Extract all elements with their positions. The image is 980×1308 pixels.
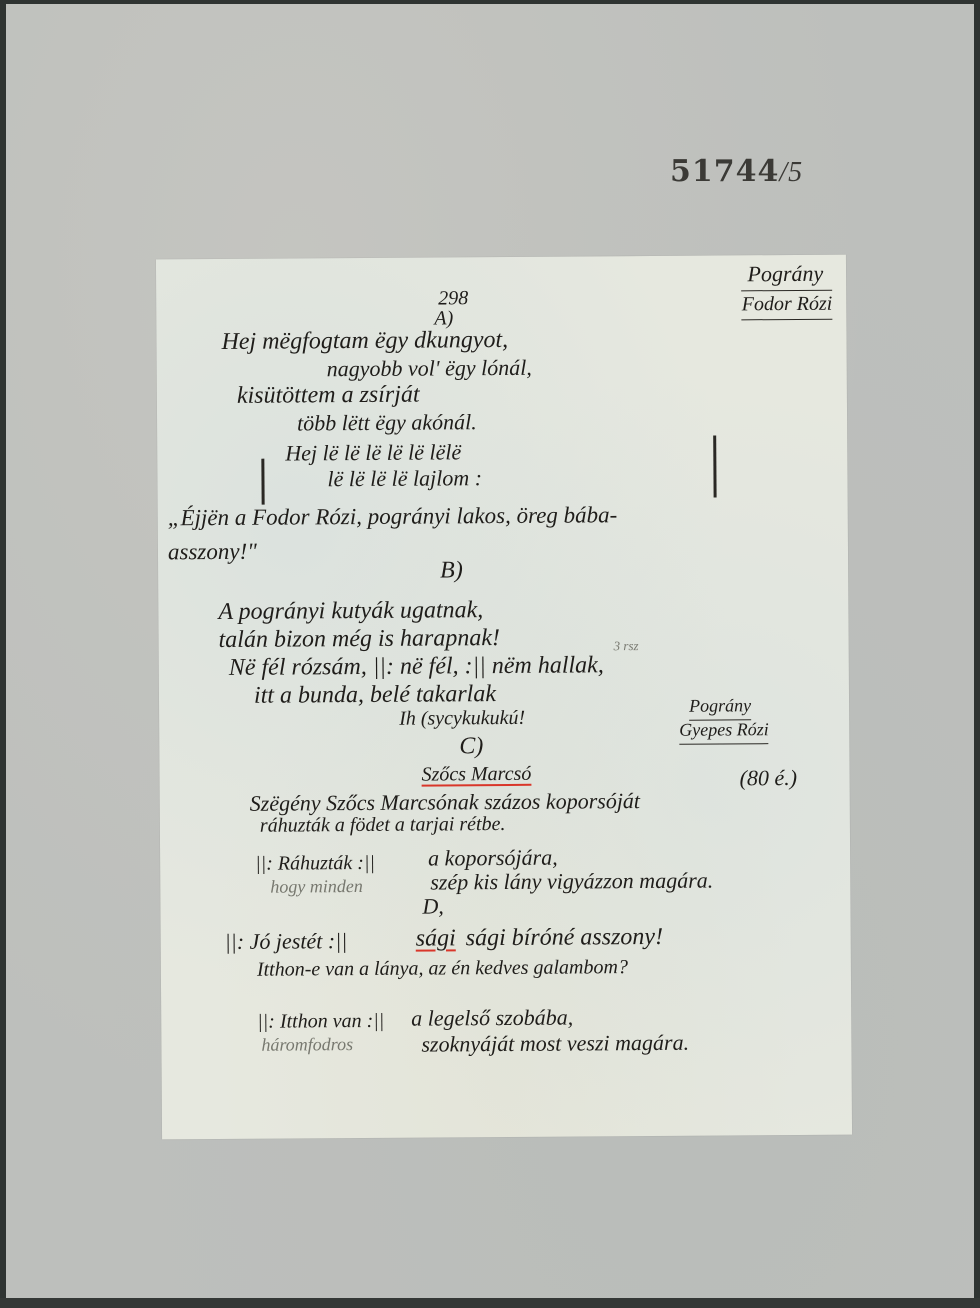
section-b-tag-place: Pográny — [689, 695, 751, 720]
frame-bottom-edge — [0, 1298, 980, 1308]
section-b-label: B) — [440, 557, 463, 584]
singer-note-line-1: „Éjjën a Fodor Rózi, pogrányi lakos, öre… — [168, 502, 618, 531]
manuscript-sheet: Pográny Fodor Rózi 298 A) Hej mëgfogtam … — [156, 255, 852, 1140]
section-d-line-3: a legelső szobába, — [411, 1005, 573, 1032]
section-d-label: D, — [422, 893, 444, 919]
underlined-sagi: sági — [416, 925, 456, 951]
section-c-label: C) — [459, 733, 483, 760]
section-d-line-4: szoknyáját most veszi magára. — [421, 1030, 689, 1058]
section-b-line-5: Ih (sycykukukú! — [399, 707, 525, 731]
repeat-bar-end — [713, 436, 716, 498]
section-c-repeat-rest: a koporsójára, — [428, 845, 558, 872]
section-b-line-1: A pogrányi kutyák ugatnak, — [218, 597, 483, 626]
refrain-line-2: lë lë lë lë lajlom : — [327, 465, 482, 492]
section-c-title: Szőcs Marcsó — [421, 763, 531, 787]
section-d-pencil-variant: háromfodros — [261, 1034, 353, 1056]
header-tag: Pográny Fodor Rózi — [741, 261, 832, 321]
archive-number-stamp: 51744/5 — [670, 154, 803, 189]
archive-number: 51744 — [670, 154, 779, 189]
header-tag-informant: Fodor Rózi — [742, 293, 833, 321]
section-c-repeat-line-2: szép kis lány vigyázzon magára. — [430, 868, 713, 896]
section-c-pencil-variant: hogy minden — [270, 876, 363, 898]
mounting-board: 51744/5 Pográny Fodor Rózi 298 A) Hej më… — [6, 4, 974, 1298]
repeat-bar-start — [261, 459, 264, 505]
refrain-line-1: Hej lë lë lë lë lë lëlë — [285, 439, 461, 466]
section-c-line-2: ráhuzták a födet a tarjai rétbe. — [260, 813, 506, 838]
section-b-tag-informant: Gyepes Rózi — [679, 719, 769, 745]
section-b-pencil-note: 3 rsz — [614, 638, 639, 654]
archive-number-suffix: /5 — [779, 157, 803, 188]
singer-note-text: „Éjjën a Fodor Rózi, pogrányi lakos, öre… — [168, 502, 618, 530]
header-tag-place: Pográny — [741, 261, 832, 292]
section-c-age: (80 é.) — [739, 765, 797, 791]
section-d-repeat-prefix-2: ||: Itthon van :|| — [257, 1010, 384, 1034]
section-d-line-2: Itthon-e van a lánya, az én kedves galam… — [257, 956, 628, 982]
section-b-line-4: itt a bunda, belé takarlak — [254, 681, 496, 710]
section-d-repeat-prefix: ||: Jó jestét :|| — [225, 928, 348, 955]
section-d-line-1-rest: sági bíróné asszony! — [466, 924, 664, 952]
section-b-line-3: Në fél rózsám, ||: në fél, :|| nëm halla… — [229, 652, 604, 682]
section-d-line-1: sági — [416, 925, 456, 952]
section-a-line-3: kisütöttem a zsírját — [237, 382, 420, 410]
section-a-line-4: több lëtt ëgy akónál. — [297, 409, 477, 436]
section-c-repeat-prefix: ||: Ráhuzták :|| — [255, 852, 375, 876]
section-a-line-2: nagyobb vol' ëgy lónál, — [327, 355, 532, 382]
section-b-line-2: talán bizon még is harapnak! — [219, 625, 501, 654]
singer-note-line-2: asszony!" — [168, 539, 257, 566]
section-a-line-1: Hej mëgfogtam ëgy dkungyot, — [221, 327, 508, 356]
